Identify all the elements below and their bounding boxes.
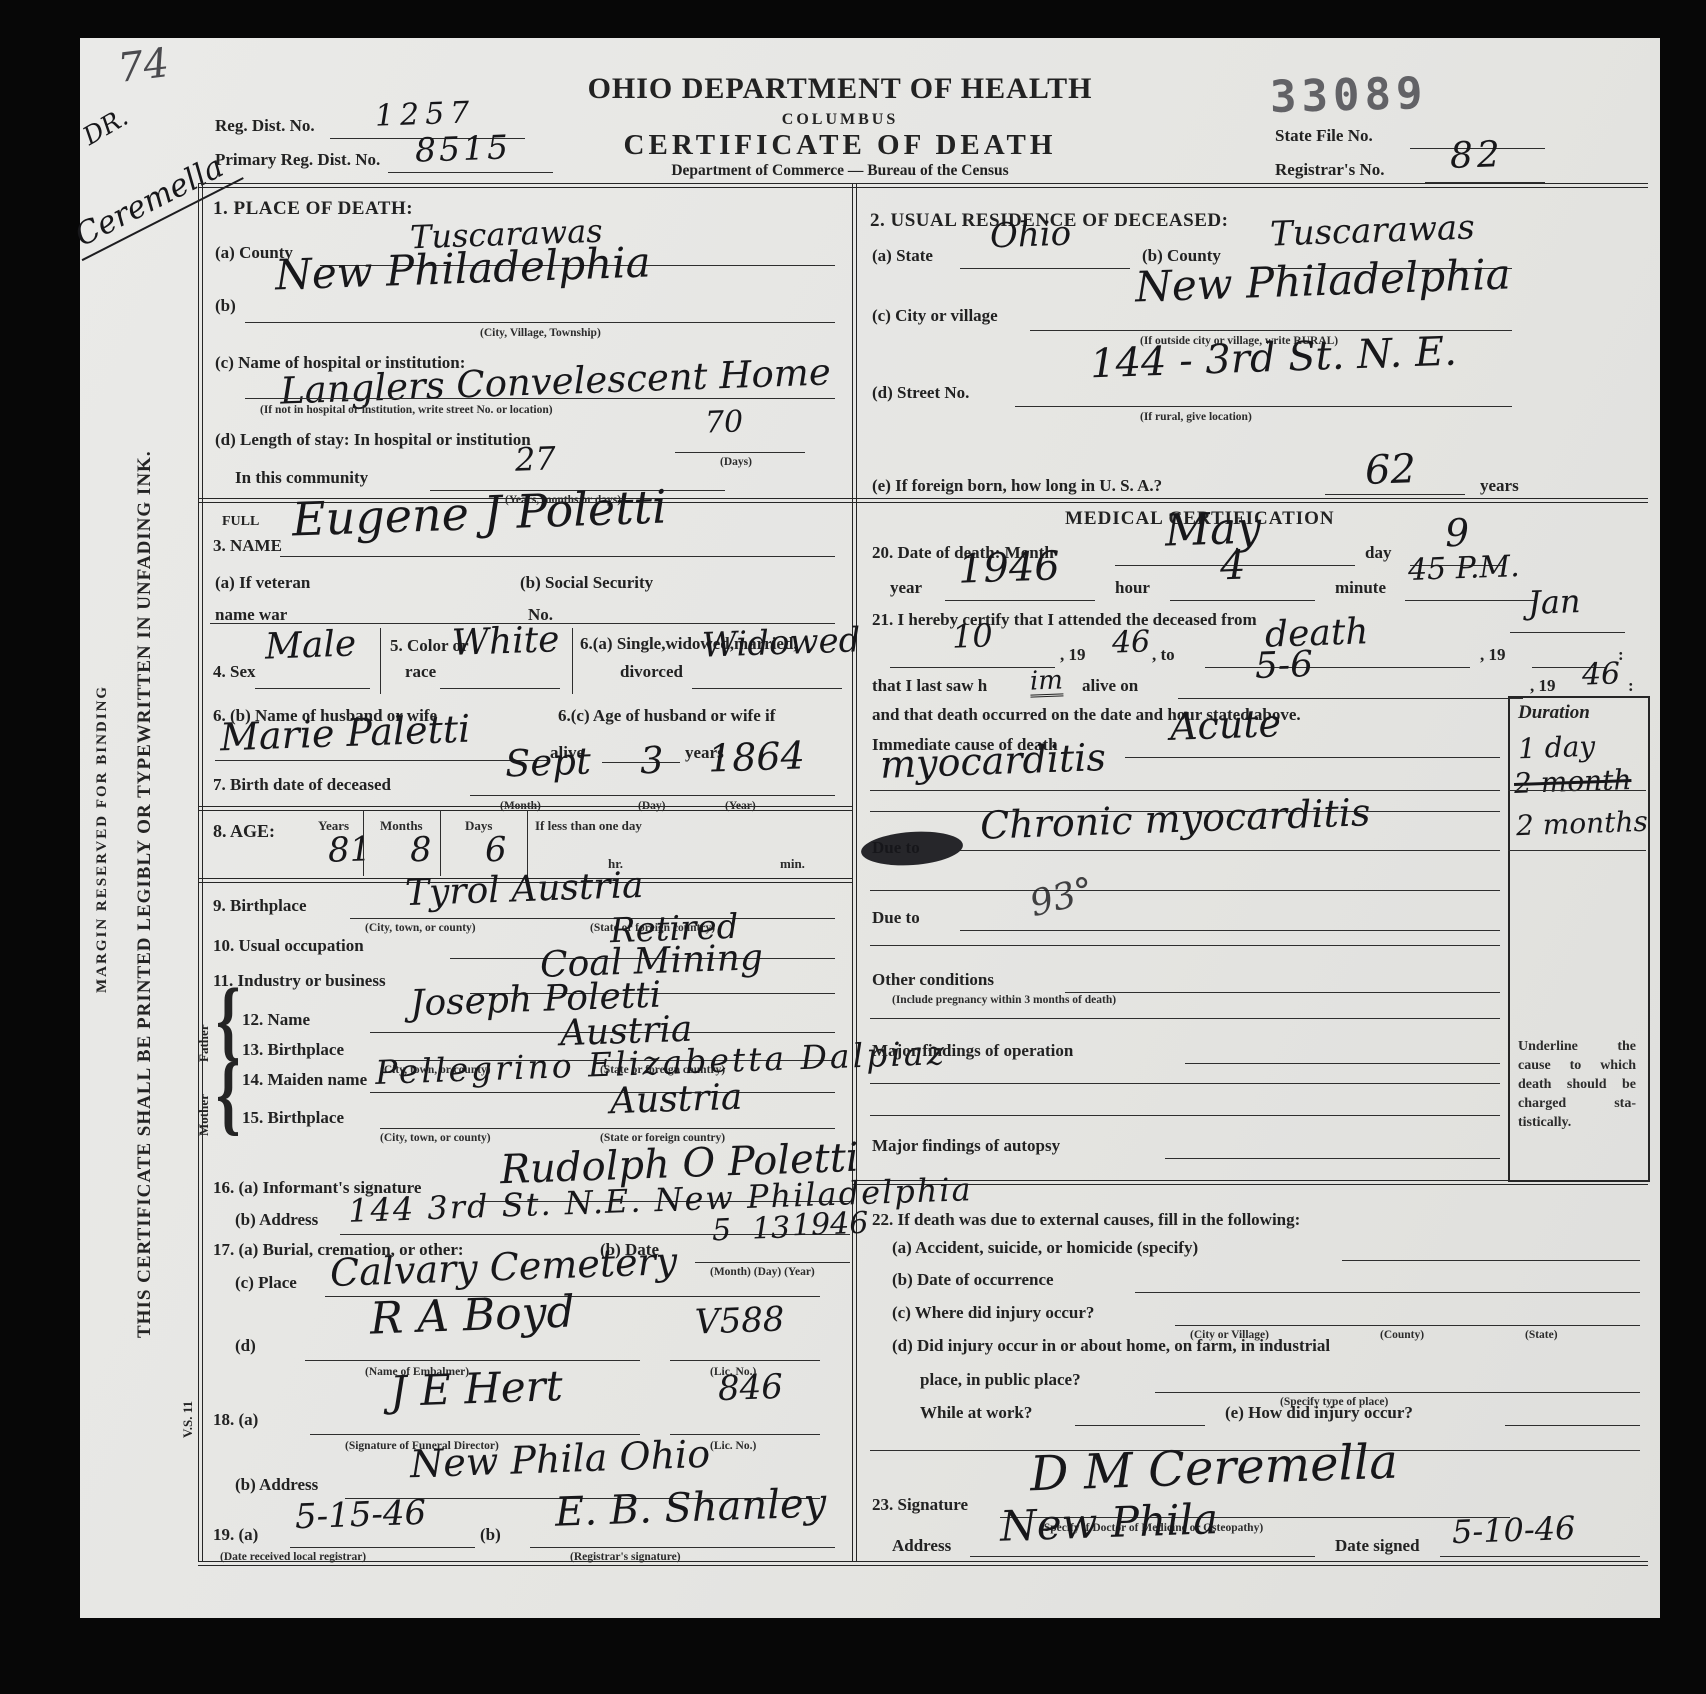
printed-19-b: , 19 [1480,645,1506,665]
street-no-value: 144 - 3rd St. N. E. [1089,332,1457,385]
injury-place-label: place, in public place? [920,1370,1081,1390]
rule [245,398,835,399]
cause-value-2: myocarditis [879,738,1106,784]
rule [350,918,835,919]
rule [380,1128,835,1129]
due-to-label-2: Due to [872,908,920,928]
duration-value-struck: 2 month [1514,766,1632,798]
registrar-no-label: Registrar's No. [1275,160,1385,180]
community-label: In this community [235,468,368,488]
age-months-value: 8 [409,833,432,868]
rule [1510,632,1625,633]
residence-county-value: Tuscarawas [1269,210,1475,251]
rule [695,1262,850,1263]
divider [852,183,857,1561]
rule [470,795,835,796]
street-no-note: (If rural, give location) [1140,411,1252,423]
marital-label-2: divorced [620,662,683,682]
divider [198,183,1648,188]
rule [1205,667,1470,668]
date-signed-value: 5-10-46 [1451,1512,1575,1548]
primary-reg-dist-value: 8515 [414,130,511,166]
reg-dist-value: 1257 [375,98,476,131]
rule [530,1547,835,1548]
injury-where-label: (c) Where did injury occur? [892,1303,1094,1323]
received-date-value: 5-15-46 [294,1496,426,1535]
rule [370,1092,835,1093]
burial-date-notes: (Month) (Day) (Year) [710,1266,815,1278]
death-minute-value: 45 P.M. [1408,552,1521,586]
rule [1165,1158,1500,1159]
death-year-value: 1946 [957,546,1060,590]
registrar-sig-note: (Registrar's signature) [570,1551,681,1563]
rule [870,890,1500,891]
colon-b: : [1628,676,1634,696]
rule [870,945,1500,946]
name-war-label: name war [215,605,287,625]
other-conditions-note: (Include pregnancy within 3 months of de… [892,994,1116,1006]
rule [290,1547,475,1548]
burial-month-value: 5 [711,1216,731,1247]
age-label: 8. AGE: [213,821,275,842]
informant-address-label: (b) Address [235,1210,318,1230]
color-label-2: race [405,662,436,682]
rule [215,760,550,761]
rule [310,1434,640,1435]
divider [380,628,381,694]
rule [1505,1425,1640,1426]
residence-state-label: (a) State [872,246,933,266]
received-date-note: (Date received local registrar) [220,1551,366,1563]
divider [440,810,441,876]
rule [970,1556,1315,1557]
rule [1075,1425,1205,1426]
funeral-address-value: New Phila Ohio [409,1435,710,1483]
duration-value-1: 1 day [1518,733,1596,764]
ink-blot [860,828,964,868]
rule [1185,1063,1500,1064]
certificate-title: CERTIFICATE OF DEATH [510,129,1170,162]
alive-on-label: alive on [1082,676,1138,696]
rule [1135,1292,1640,1293]
birthplace-value: Tyrol Austria [404,868,644,912]
death-certificate-paper: 74 DR. Ceremella MARGIN RESERVED FOR BIN… [80,38,1660,1618]
funeral-license-value: 846 [717,1370,783,1406]
mother-birthplace-label: 15. Birthplace [242,1108,344,1128]
rule [1325,494,1465,495]
city-label: (b) [215,296,236,316]
burial-place-value: Calvary Cemetery [329,1242,677,1292]
funeral-director-value: J E Hert [389,1365,563,1413]
sex-value: Male [264,626,356,665]
father-side-label: Father [196,996,212,1062]
injury-where-note-2: (County) [1380,1329,1424,1341]
full-label: FULL [222,514,259,530]
death-day-label: day [1365,543,1391,563]
rule [870,1115,1500,1116]
funeral-director-row-label: 18. (a) [213,1410,258,1430]
death-hour-value: 4 [1219,546,1246,587]
birth-date-label: 7. Birth date of deceased [213,775,391,795]
place-of-death-title: 1. PLACE OF DEATH: [213,198,413,220]
rule [255,688,370,689]
rule [1155,1392,1640,1393]
page-number-annotation: 74 [116,43,171,89]
marital-value: Widowed [701,623,861,663]
rule [1405,600,1535,601]
embalmer-name-value: R A Boyd [369,1290,575,1341]
social-security-label: (b) Social Security [520,573,653,593]
foreign-born-value: 62 [1364,449,1416,491]
occupation-label: 10. Usual occupation [213,936,364,956]
rule [245,322,835,323]
to-label: , to [1152,645,1175,665]
injury-home-label: (d) Did injury occur in or about home, o… [892,1336,1330,1356]
divider [198,1561,1648,1566]
funeral-license-note: (Lic. No.) [710,1440,756,1452]
mother-bp-note-1: (City, town, or county) [380,1132,491,1144]
duration-header: Duration [1518,702,1590,724]
rule [870,1083,1500,1084]
physician-address-label: Address [892,1536,951,1556]
embalmer-row-label: (d) [235,1336,256,1356]
residence-city-label: (c) City or village [872,306,998,326]
mother-birthplace-value: Austria [609,1080,742,1121]
duration-value-2: 2 months [1516,808,1649,841]
birthplace-label: 9. Birthplace [213,896,307,916]
date-signed-label: Date signed [1335,1536,1420,1556]
length-of-stay-label: (d) Length of stay: In hospital or insti… [215,430,531,450]
printed-19-a: , 19 [1060,645,1086,665]
city-value: New Philadelphia [274,241,651,296]
divider [527,810,528,876]
rule [692,688,842,689]
age-days-value: 6 [484,833,507,868]
community-value: 27 [514,442,556,475]
death-day-value: 9 [1444,514,1469,553]
primary-reg-dist-label: Primary Reg. Dist. No. [215,150,380,170]
due-to-value-1: Chronic myocarditis [979,793,1371,845]
length-of-stay-value: 70 [704,407,743,438]
rule [1125,757,1500,758]
burial-day-value: 13 [751,1213,790,1244]
injury-where-note-3: (State) [1525,1329,1558,1341]
residence-state-value: Ohio [989,217,1071,254]
death-month-value: May [1164,506,1262,553]
rule [1170,600,1315,601]
attended-from-day-value: 10 [951,619,993,652]
him-fill: im [1030,667,1064,697]
rule [1015,406,1512,407]
rule [1178,698,1523,699]
sex-label: 4. Sex [213,662,256,682]
occurrence-date-label: (b) Date of occurrence [892,1270,1054,1290]
birth-day-value: 3 [639,742,664,780]
father-name-label: 12. Name [242,1010,310,1030]
rule [960,268,1130,269]
received-date-label: 19. (a) [213,1525,258,1545]
other-conditions-label: Other conditions [872,970,994,990]
bureau-subtitle: Department of Commerce — Bureau of the C… [510,162,1170,180]
city-note: (City, Village, Township) [480,327,601,339]
attended-from-value: Jan [1527,585,1581,619]
margin-ink-text: THIS CERTIFICATE SHALL BE PRINTED LEGIBL… [134,233,156,1338]
cause-value-1: Acute [1169,704,1281,746]
birthplace-note-1: (City, town, or county) [365,922,476,934]
rule [1440,1556,1640,1557]
deceased-name-value: Eugene J Poletti [291,483,667,542]
divider [572,628,573,694]
year-note: (Year) [725,800,756,812]
operation-findings-label: Major findings of operation [872,1041,1073,1061]
street-no-label: (d) Street No. [872,383,969,403]
husband-wife-value: Marie Paletti [219,710,470,757]
rule [1065,992,1500,993]
how-injury-label: (e) How did injury occur? [1225,1403,1413,1423]
last-saw-label: that I last saw h [872,676,987,696]
header-title-block: OHIO DEPARTMENT OF HEALTH COLUMBUS CERTI… [510,72,1170,180]
scan-background: { "corner": { "page_num": "74", "doctor_… [0,0,1706,1694]
name-label: 3. NAME [213,536,282,556]
rule [305,1360,640,1361]
age-years-value: 81 [327,832,371,867]
embalmer-license-value: V588 [694,1302,785,1339]
physician-signature-value: D M Ceremella [1029,1438,1398,1499]
birth-month-value: Sept [504,743,591,783]
foreign-born-years-label: years [1480,476,1519,496]
rule [440,688,560,689]
rule [280,556,835,557]
registrar-sig-label: (b) [480,1525,501,1545]
rule [675,452,805,453]
state-file-label: State File No. [1275,126,1373,146]
mother-maiden-label: 14. Maiden name [242,1070,367,1090]
last-saw-date-value: 5-6 [1254,647,1313,685]
rule [870,1018,1500,1019]
min-label: min. [780,856,805,872]
less-than-day-header: If less than one day [535,818,642,834]
due-to-value-2: 93° [1027,873,1098,923]
margin-binding-text: MARGIN RESERVED FOR BINDING [94,553,111,993]
birth-year-value: 1864 [707,736,805,777]
veteran-label: (a) If veteran [215,573,310,593]
autopsy-findings-label: Major findings of autopsy [872,1136,1060,1156]
foreign-born-label: (e) If foreign born, how long in U. S. A… [872,476,1162,496]
external-causes-intro: 22. If death was due to external causes,… [872,1210,1300,1230]
death-year-label: year [890,578,922,598]
doctor-annotation-prefix: DR. [79,104,132,149]
underline-cause-note: Underline the cause to which death shoul… [1518,1038,1636,1132]
burial-year-value: 1946 [791,1209,868,1242]
while-at-work-label: While at work? [920,1403,1032,1423]
mother-brace: { [216,1050,240,1140]
death-hour-label: hour [1115,578,1150,598]
rule [1508,850,1646,851]
rule [960,850,1500,851]
rule [960,930,1500,931]
divider [363,810,364,876]
physician-signature-label: 23. Signature [872,1495,968,1515]
death-minute-label: minute [1335,578,1386,598]
columbus-subtitle: COLUMBUS [510,111,1170,129]
year-46-a: 46 [1111,627,1150,658]
spouse-age-label: 6.(c) Age of husband or wife if [558,706,775,726]
hospital-note: (If not in hospital or institution, writ… [260,404,553,416]
dept-title: OHIO DEPARTMENT OF HEALTH [510,72,1170,106]
rule [870,790,1500,791]
margin-form-code: V.S. 11 [180,1356,196,1438]
accident-label: (a) Accident, suicide, or homicide (spec… [892,1238,1198,1258]
rule [945,600,1095,601]
divider [198,183,203,1561]
day-note: (Day) [638,800,665,812]
residence-city-value: New Philadelphia [1134,253,1511,308]
burial-place-label: (c) Place [235,1273,297,1293]
reg-dist-label: Reg. Dist. No. [215,116,315,136]
mother-side-label: Mother [196,1070,212,1136]
physician-address-value: New Phila [999,1498,1218,1548]
rule [1175,1325,1640,1326]
rule [670,1360,820,1361]
race-value: White [451,622,560,662]
registrar-signature-value: E. B. Shanley [554,1483,827,1532]
month-note: (Month) [500,800,541,812]
rule [1342,1260,1640,1261]
registrar-no-value: 82 [1449,137,1504,175]
days-note: (Days) [720,456,752,468]
state-file-number-stamp: 33089 [1269,68,1428,123]
year-46-c: 46 [1581,659,1620,690]
father-birthplace-label: 13. Birthplace [242,1040,344,1060]
funeral-address-label: (b) Address [235,1475,318,1495]
certify-line: 21. I hereby certify that I attended the… [872,610,1257,630]
rule [1508,790,1646,791]
printed-19-c: , 19 [1530,676,1556,696]
